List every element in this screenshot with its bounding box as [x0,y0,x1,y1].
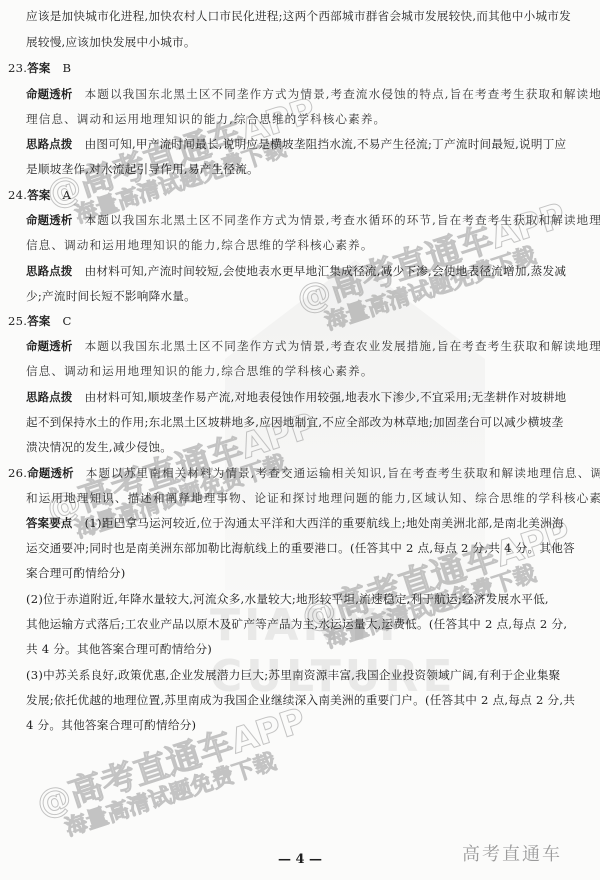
watermark-stamp: @高考直通车APP [289,188,571,321]
answer-value: B [63,61,72,75]
hint-line: 溃决情况的发生,减少侵蚀。 [26,439,172,455]
question-23-answer: 23.答案B [8,60,71,76]
key-point-line: 其他运输方式落后;工农业产品以原木及矿产等产品为主,水运运量大,运费低。(任答其… [26,616,567,632]
key-point-line: 4 分。其他答案合理可酌情给分) [26,717,196,733]
hint-label: 思路点拨 [26,390,73,404]
watermark-stamp-sub: 海量高清试题免费下载 [321,239,540,336]
question-number: 24. [8,188,27,202]
watermark-stamp: @高考直通车APP [29,693,311,826]
question-number: 23. [8,61,27,75]
hint-line: 是顺坡垄作,对水流起引导作用,易产生径流。 [26,161,259,177]
text-line: 应该是加快城市化进程,加快农村人口市民化进程;这两个西部城市群省会城市发展较快,… [26,8,571,24]
key-points-label: 答案要点 [26,516,73,530]
question-24-answer: 24.答案A [8,187,71,203]
text-line: 展较慢,应该加快发展中小城市。 [26,34,196,50]
analysis-line: 和运用地理知识、描述和阐释地理事物、论证和探讨地理问题的能力,区域认知、综合思维… [26,490,600,506]
key-point-line: 答案要点(1)距巴拿马运河较近,位于沟通太平洋和大西洋的重要航线上;地处南美洲北… [26,515,564,531]
analysis-label: 命题透析 [26,339,73,353]
hint-line: 起不到保持水土的作用;东北黑土区坡耕地多,应因地制宜,不应全部改为林草地;加固垄… [26,414,563,430]
analysis-line: 信息、调动和运用地理知识的能力,综合思维的学科核心素养。 [26,363,374,379]
analysis-label: 命题透析 [27,466,74,480]
key-point-line: (3)中苏关系良好,政策优惠,企业发展潜力巨大;苏里南资源丰富,我国企业投资领域… [26,667,561,683]
analysis-line: 理信息、调动和运用地理知识的能力,综合思维的学科核心素养。 [26,111,386,127]
key-point-line: 发展;依托优越的地理位置,苏里南成为我国企业继续深入南美洲的重要门户。(任答其中… [26,692,575,708]
question-number: 26. [8,466,27,480]
hint-line: 思路点拨由图可知,甲产流时间最长,说明应是横坡垄阻挡水流,不易产生径流;丁产流时… [26,136,566,152]
analysis-label: 命题透析 [26,87,73,101]
hint-line: 思路点拨由材料可知,顺坡垄作易产流,对地表侵蚀作用较强,地表水下渗少,不宜采用;… [26,389,566,405]
question-26-analysis: 26.命题透析本题以苏里南相关材料为情景,考查交通运输相关知识,旨在考查考生获取… [8,465,600,481]
answer-value: A [63,188,72,202]
analysis-line: 命题透析本题以我国东北黑土区不同垄作方式为情景,考查农业发展措施,旨在考查考生获… [26,338,600,354]
answer-value: C [63,314,72,328]
question-25-answer: 25.答案C [8,313,72,329]
key-point-line: 运交通要冲;同时也是南美洲东部加勒比海航线上的重要港口。(任答其中 2 点,每点… [26,540,575,556]
hint-label: 思路点拨 [26,137,73,151]
key-point-line: 案合理可酌情给分) [26,565,126,581]
analysis-line: 命题透析本题以我国东北黑土区不同垄作方式为情景,考查水循环的环节,旨在考查考生获… [26,212,600,228]
hint-line: 少;产流时间长短不影响降水量。 [26,288,196,304]
key-point-line: 共 4 分。其他答案合理可酌情给分) [26,641,212,657]
answer-label: 答案 [27,314,50,328]
document-page: TIANYI CULTURE @高考直通车APP 海量高清试题免费下载 @高考直… [0,0,600,880]
hint-label: 思路点拨 [26,264,73,278]
analysis-line: 信息、调动和运用地理知识的能力,综合思维的学科核心素养。 [26,237,374,253]
watermark-stamp-sub: 海量高清试题免费下载 [61,745,280,842]
analysis-line: 命题透析本题以我国东北黑土区不同垄作方式为情景,考查流水侵蚀的特点,旨在考查考生… [26,86,600,102]
page-number: — 4 — [0,852,600,867]
hint-line: 思路点拨由材料可知,产流时间较短,会使地表水更早地汇集成径流,减少下渗,会使地表… [26,263,566,279]
analysis-label: 命题透析 [26,213,73,227]
answer-label: 答案 [27,188,50,202]
key-point-line: (2)位于赤道附近,年降水量较大,河流众多,水量较大;地形较平坦,流速稳定,利于… [26,591,549,607]
question-number: 25. [8,314,27,328]
answer-label: 答案 [27,61,50,75]
